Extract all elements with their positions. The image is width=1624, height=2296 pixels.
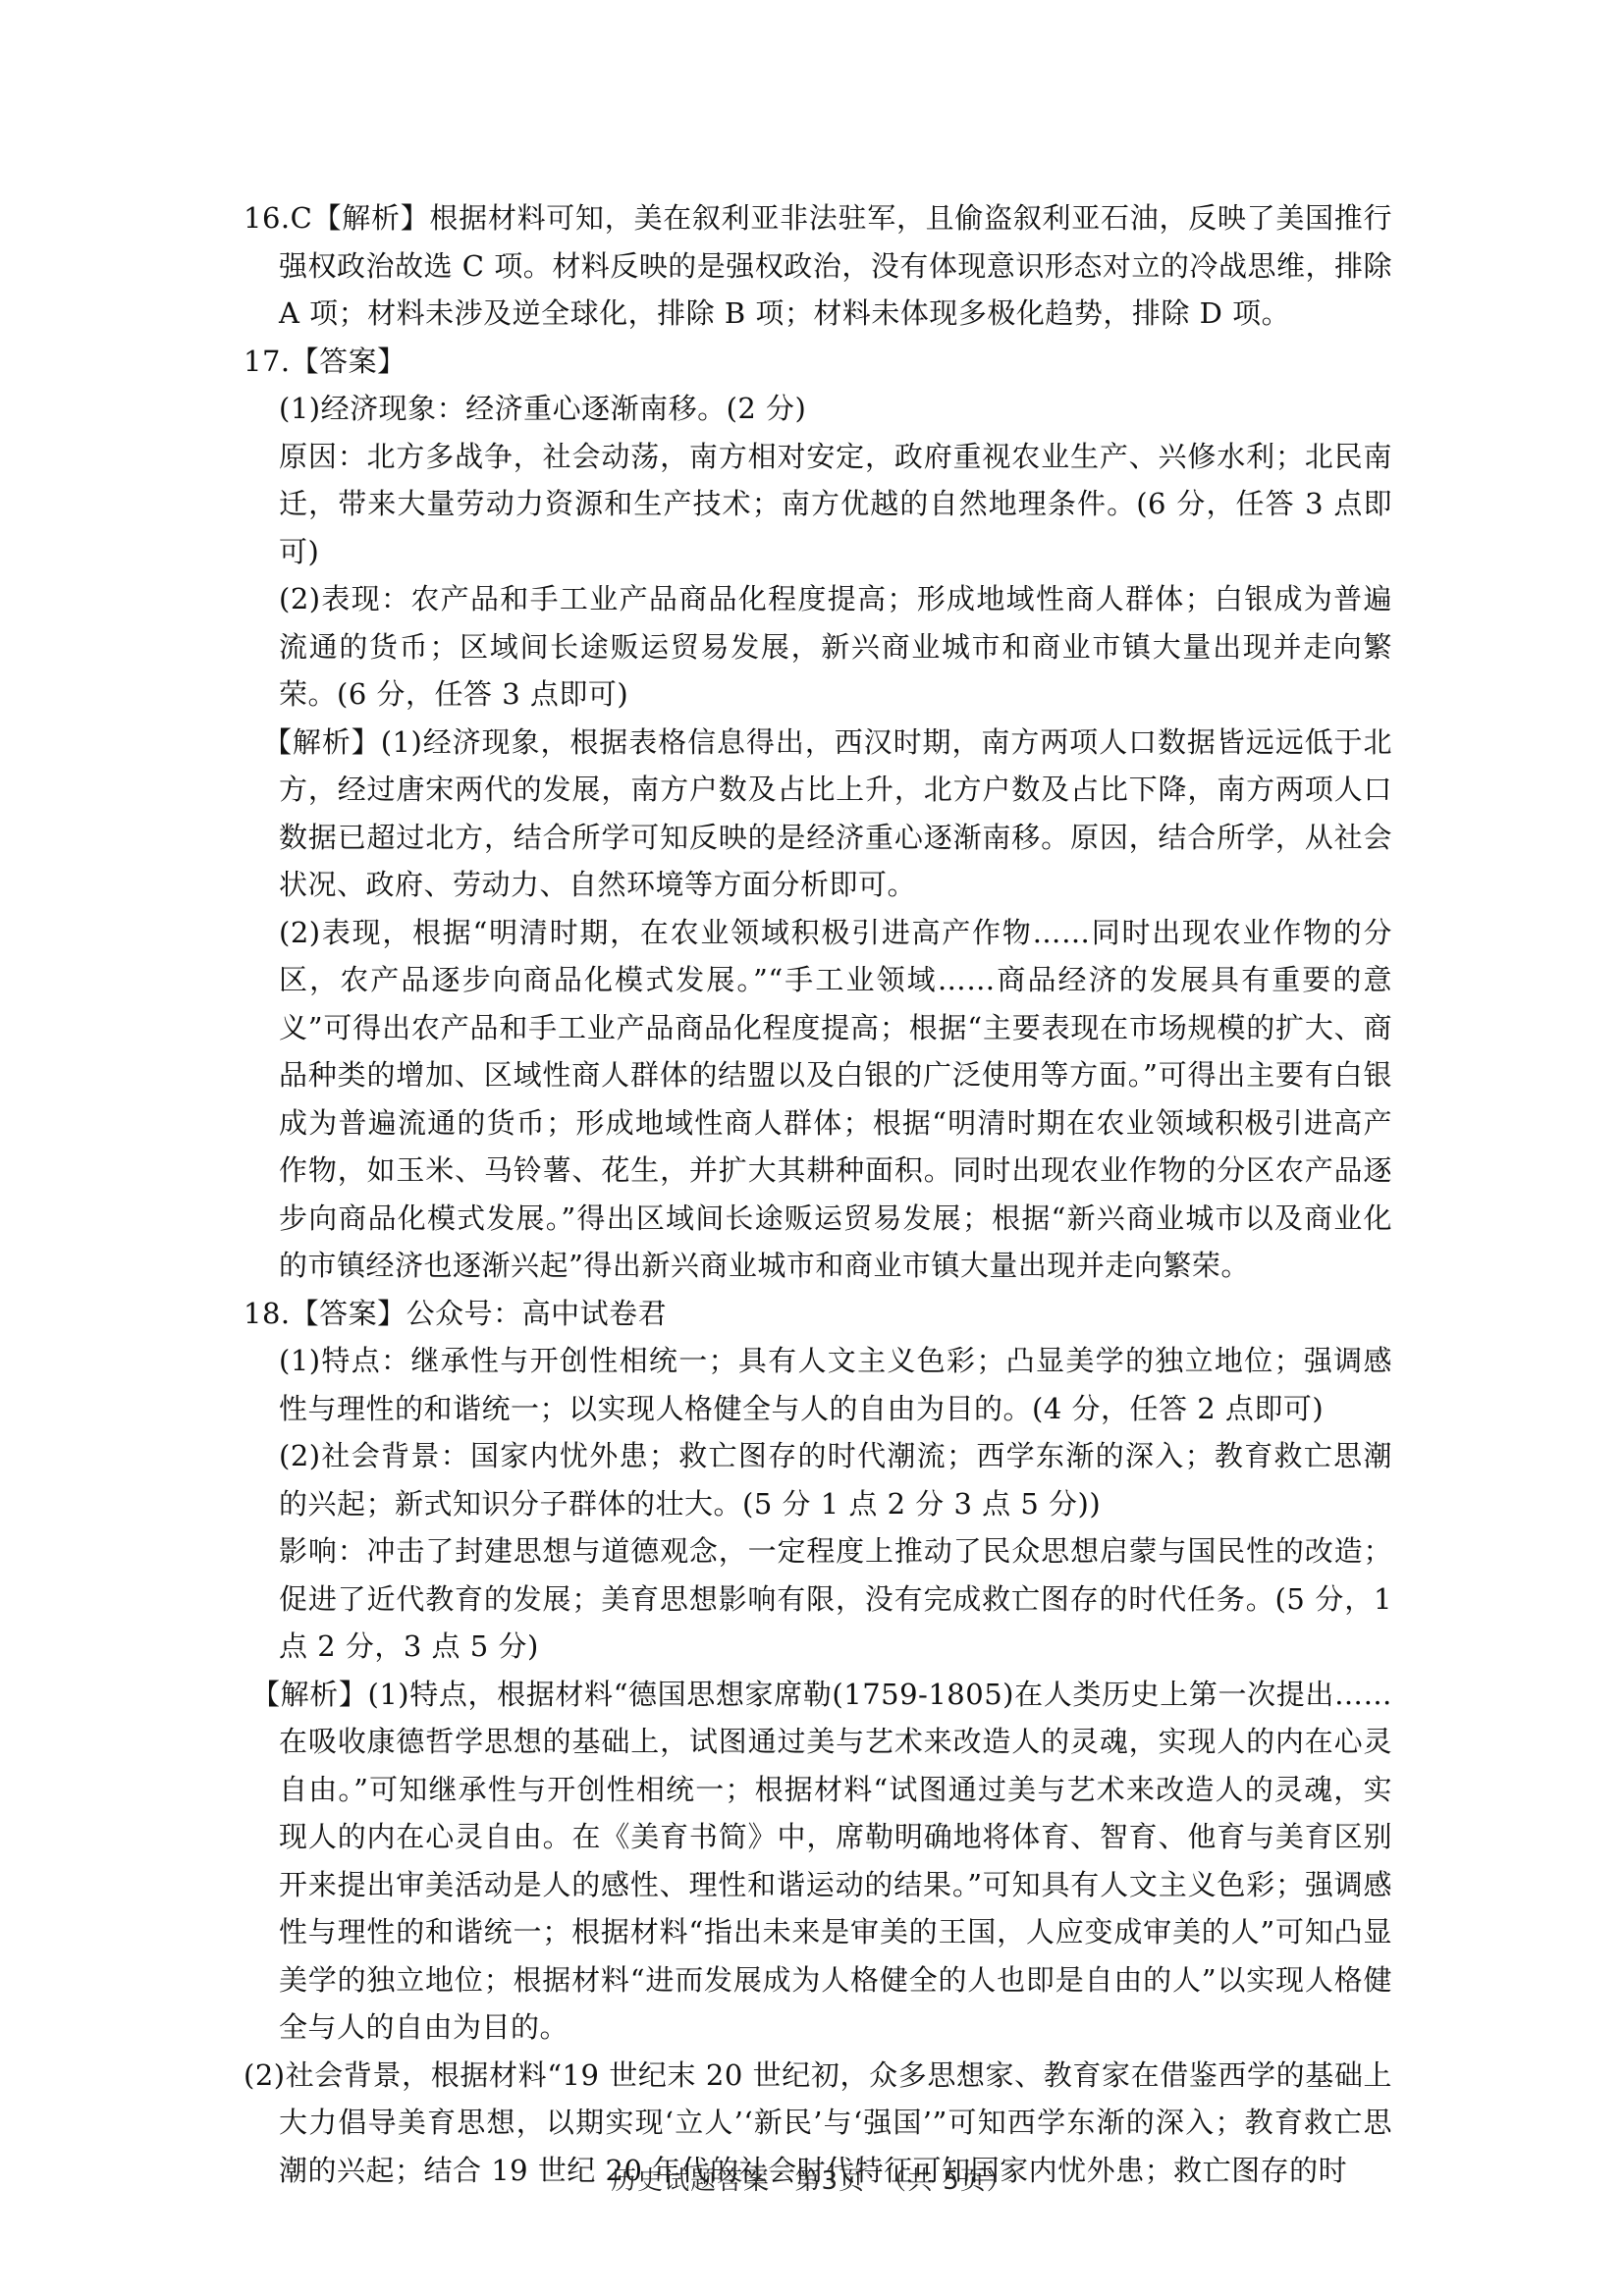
question-18-heading: 18.【答案】公众号：高中试卷君	[244, 1290, 1392, 1338]
question-answer: C	[291, 201, 313, 235]
page-footer: 历史试题答案 第3页（共 5页）	[0, 2161, 1624, 2197]
question-number: 16.	[244, 201, 291, 235]
q18-answer-part-1: (1)特点：继承性与开创性相统一；具有人文主义色彩；凸显美学的独立地位；强调感性…	[244, 1337, 1392, 1432]
q17-answer-part-2: (2)表现：农产品和手工业产品商品化程度提高；形成地域性商人群体；白银成为普遍流…	[244, 575, 1392, 719]
answer-heading: 【答案】公众号：高中试卷君	[291, 1297, 668, 1330]
q17-analysis-2: (2)表现，根据“明清时期，在农业领域积极引进高产作物……同时出现农业作物的分区…	[244, 909, 1392, 1290]
answer-heading: 【答案】	[291, 345, 406, 378]
q17-answer-part-1: (1)经济现象：经济重心逐渐南移。(2 分)	[244, 385, 1392, 433]
q18-analysis-1: 【解析】(1)特点，根据材料“德国思想家席勒(1759-1805)在人类历史上第…	[244, 1671, 1392, 2052]
q18-answer-part-2: (2)社会背景：国家内忧外患；救亡图存的时代潮流；西学东渐的深入；教育救亡思潮的…	[244, 1432, 1392, 1527]
footer-page-number: 第3页	[794, 2166, 865, 2196]
footer-total-pages: （共 5页）	[881, 2166, 1013, 2196]
question-17-heading: 17.【答案】	[244, 338, 1392, 386]
page-content: 16.C【解析】根据材料可知，美在叙利亚非法驻军，且偷盗叙利亚石油，反映了美国推…	[244, 194, 1392, 2194]
question-number: 18.	[244, 1297, 291, 1330]
question-16-analysis: 【解析】根据材料可知，美在叙利亚非法驻军，且偷盗叙利亚石油，反映了美国推行强权政…	[279, 201, 1392, 330]
q18-answer-part-impact: 影响：冲击了封建思想与道德观念，一定程度上推动了民众思想启蒙与国民性的改造；促进…	[244, 1527, 1392, 1671]
q17-analysis-1: 【解析】(1)经济现象，根据表格信息得出，西汉时期，南方两项人口数据皆远远低于北…	[244, 719, 1392, 909]
q17-answer-part-reasons: 原因：北方多战争，社会动荡，南方相对安定，政府重视农业生产、兴修水利；北民南迁，…	[244, 433, 1392, 576]
footer-title: 历史试题答案	[611, 2166, 770, 2196]
question-16: 16.C【解析】根据材料可知，美在叙利亚非法驻军，且偷盗叙利亚石油，反映了美国推…	[244, 194, 1392, 338]
document-page: 16.C【解析】根据材料可知，美在叙利亚非法驻军，且偷盗叙利亚石油，反映了美国推…	[0, 0, 1624, 2296]
question-number: 17.	[244, 345, 291, 378]
